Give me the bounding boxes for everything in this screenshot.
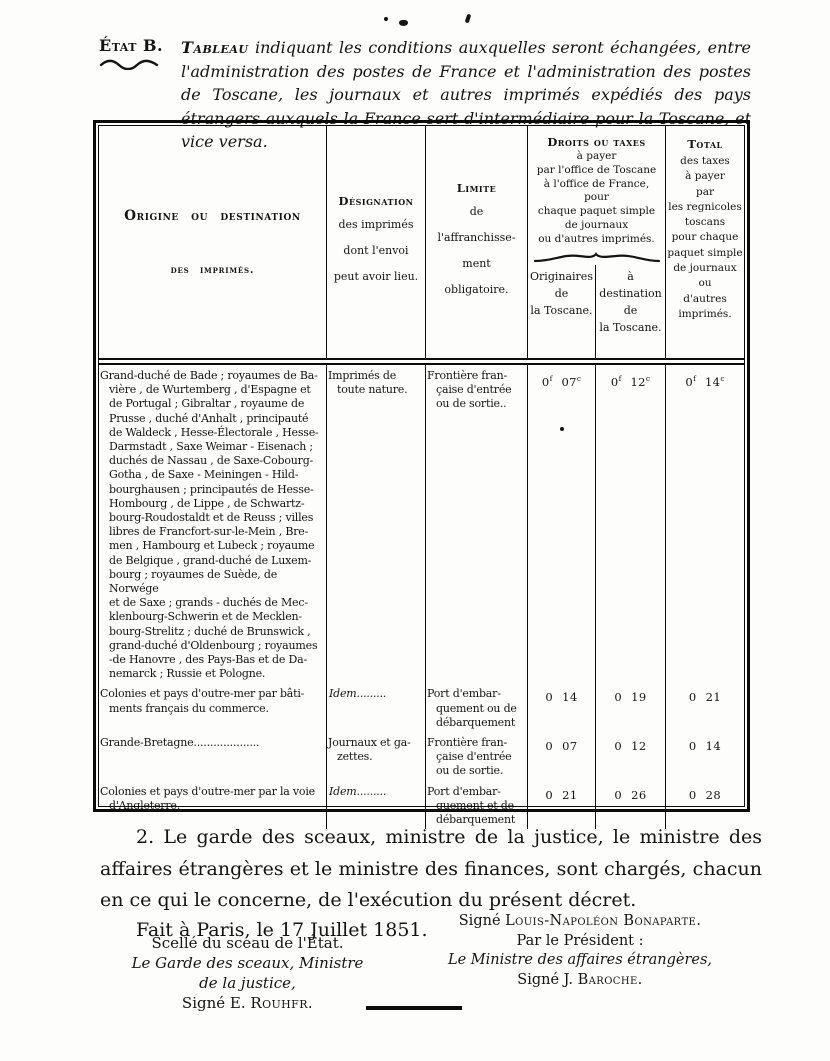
header-droits-title: Droits ou taxes bbox=[528, 135, 665, 149]
header-designation-title: Désignation bbox=[339, 194, 414, 208]
header-destination: à destination de la Toscane. bbox=[596, 265, 665, 358]
signer-name: Rouhfr. bbox=[250, 994, 313, 1012]
signer-name: Louis-Napoléon Bonaparte. bbox=[505, 913, 701, 929]
table-row-limite: Frontière fran- çaise d'entrée ou de sor… bbox=[426, 732, 528, 781]
unit-francs: f bbox=[619, 374, 622, 383]
table-row-limite: Port d'embar- quement ou de débarquement bbox=[426, 683, 528, 732]
header-body-divider bbox=[99, 358, 744, 365]
header-total-title: Total bbox=[666, 137, 744, 151]
value-francs: 0 bbox=[685, 375, 693, 389]
unit-francs: f bbox=[693, 374, 696, 383]
tariff-table-inner: Origine ou destination des imprimés. Dés… bbox=[98, 125, 745, 807]
header-droits-subcolumns: Originaires de la Toscane. à destination… bbox=[528, 265, 665, 358]
header-limite-text: de l'affranchisse- ment obligatoire. bbox=[437, 199, 515, 303]
etat-label: État B. bbox=[99, 36, 175, 55]
signature-right-column: Signé Louis-Napoléon Bonaparte. Par le P… bbox=[400, 912, 760, 1013]
justice-line: de la justice, bbox=[95, 973, 400, 993]
table-cell-tax-origin: 0f 07c bbox=[528, 365, 596, 683]
garde-des-sceaux-line: Le Garde des sceaux, Ministre bbox=[95, 953, 400, 973]
unit-centimes: c bbox=[577, 374, 581, 383]
tariff-table: Origine ou destination des imprimés. Dés… bbox=[93, 120, 750, 812]
signature-baroche: Signé J. Baroche. bbox=[400, 971, 760, 991]
header-total-text: des taxes à payer par les regnicoles tos… bbox=[666, 154, 744, 322]
signature-bonaparte: Signé Louis-Napoléon Bonaparte. bbox=[400, 912, 760, 932]
table-row-designation: Idem......... bbox=[327, 683, 426, 732]
table-row-designation: Imprimés de toute nature. bbox=[327, 365, 426, 683]
end-rule bbox=[366, 1006, 462, 1010]
signed-label: Signé J. bbox=[517, 972, 577, 988]
header-originaires: Originaires de la Toscane. bbox=[528, 265, 596, 358]
signature-rouher: Signé E. Rouhfr. bbox=[95, 993, 400, 1013]
value-francs: 0 bbox=[611, 375, 619, 389]
header-designation: Désignation des imprimés dont l'envoi pe… bbox=[327, 126, 426, 358]
page-crop-mark bbox=[383, 16, 388, 21]
table-row-origin: Grand-duché de Bade ; royaumes de Ba- vi… bbox=[99, 365, 327, 683]
seal-line: Scellé du sceau de l'État. bbox=[95, 933, 400, 953]
table-cell-total: 0 14 bbox=[666, 732, 744, 781]
header-limite-title: Limite bbox=[457, 181, 496, 195]
signed-label: Signé E. bbox=[182, 994, 250, 1012]
title-lead-word: Tableau bbox=[181, 38, 248, 57]
unit-centimes: c bbox=[720, 374, 724, 383]
brace-icon bbox=[532, 250, 662, 263]
unit-centimes: c bbox=[646, 374, 650, 383]
signer-name: Baroche. bbox=[578, 972, 643, 988]
table-cell-tax-dest: 0f 12c bbox=[596, 365, 666, 683]
table-cell-tax-dest: 0 12 bbox=[596, 732, 666, 781]
value-centimes: 07 bbox=[561, 375, 576, 389]
ministre-affaires-line: Le Ministre des affaires étrangères, bbox=[400, 951, 760, 971]
table-body: Grand-duché de Bade ; royaumes de Ba- vi… bbox=[99, 365, 744, 829]
header-droits: Droits ou taxes à payer par l'office de … bbox=[528, 126, 666, 358]
table-cell-tax-dest: 0 19 bbox=[596, 683, 666, 732]
signature-left-column: Scellé du sceau de l'État. Le Garde des … bbox=[95, 933, 400, 1013]
header-origine: Origine ou destination des imprimés. bbox=[99, 126, 327, 358]
table-cell-tax-origin: 0 14 bbox=[528, 683, 596, 732]
article-2-text: 2. Le garde des sceaux, ministre de la j… bbox=[100, 822, 762, 917]
table-header-row: Origine ou destination des imprimés. Dés… bbox=[99, 126, 744, 358]
squiggle-underline-icon bbox=[99, 59, 161, 70]
value-francs: 0 bbox=[542, 375, 550, 389]
page-crop-mark bbox=[465, 14, 472, 24]
unit-francs: f bbox=[550, 374, 553, 383]
ink-spot bbox=[560, 427, 564, 431]
header-total: Total des taxes à payer par les regnicol… bbox=[666, 126, 744, 358]
header-origine-sub: des imprimés. bbox=[171, 264, 255, 276]
header-origine-title: Origine ou destination bbox=[124, 208, 300, 224]
signature-block: Scellé du sceau de l'État. Le Garde des … bbox=[95, 912, 760, 1013]
table-row-origin: Grande-Bretagne.................... bbox=[99, 732, 327, 781]
table-row-origin: Colonies et pays d'outre-mer par bâti- m… bbox=[99, 683, 327, 732]
table-cell-total: 0 21 bbox=[666, 683, 744, 732]
table-cell-total: 0f 14c bbox=[666, 365, 744, 683]
par-le-president-line: Par le Président : bbox=[400, 932, 760, 952]
value-centimes: 12 bbox=[630, 375, 645, 389]
signed-label: Signé bbox=[459, 913, 505, 929]
header-droits-text: à payer par l'office de Toscane à l'offi… bbox=[528, 150, 665, 247]
value-centimes: 14 bbox=[705, 375, 720, 389]
header-limite: Limite de l'affranchisse- ment obligatoi… bbox=[426, 126, 528, 358]
scanned-decree-page: État B. Tableau indiquant les conditions… bbox=[0, 0, 830, 1061]
table-row-limite: Frontière fran- çaise d'entrée ou de sor… bbox=[426, 365, 528, 683]
table-row-designation: Journaux et ga- zettes. bbox=[327, 732, 426, 781]
header-designation-text: des imprimés dont l'envoi peut avoir lie… bbox=[334, 212, 418, 290]
table-cell-tax-origin: 0 07 bbox=[528, 732, 596, 781]
header-droits-text-block: Droits ou taxes à payer par l'office de … bbox=[528, 126, 665, 247]
page-crop-mark bbox=[399, 20, 408, 26]
